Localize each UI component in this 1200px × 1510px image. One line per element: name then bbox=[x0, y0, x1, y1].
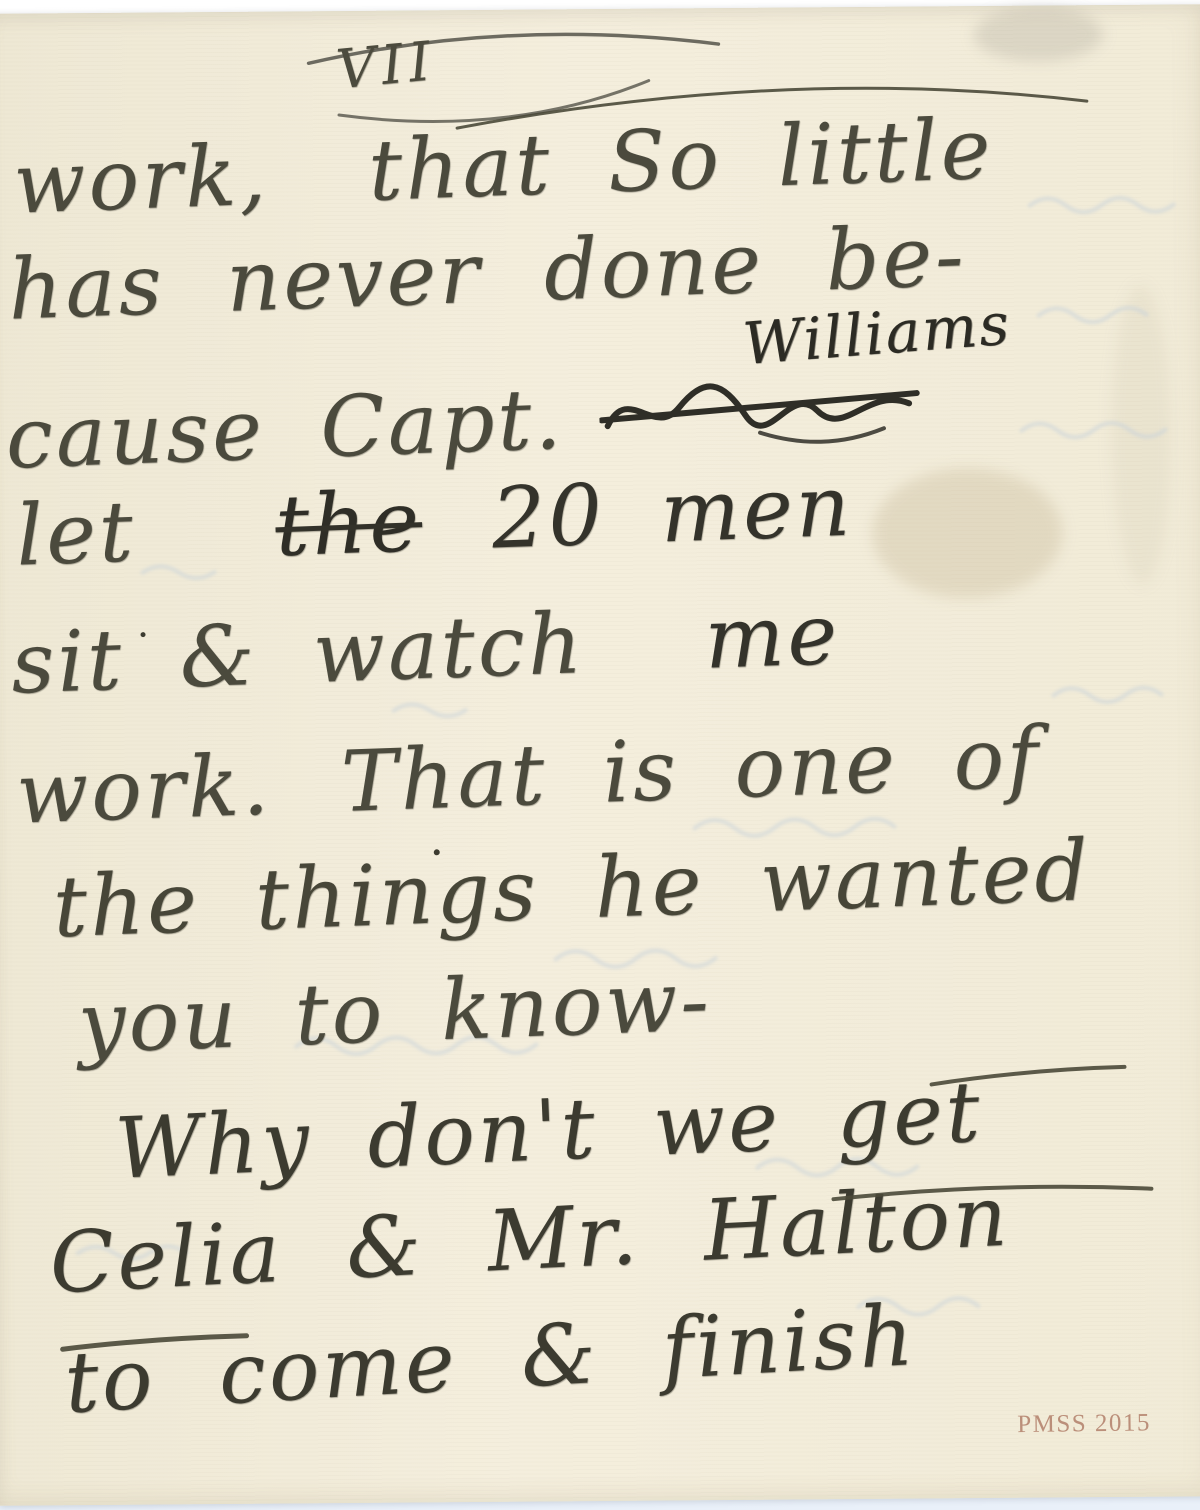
handwriting-text: me bbox=[703, 590, 841, 683]
handwriting-line: sit & watchme bbox=[10, 590, 842, 708]
handwriting-text: work. bbox=[15, 740, 273, 837]
handwriting-text: the things he wanted bbox=[52, 826, 1093, 951]
handwriting-text: work, bbox=[12, 131, 270, 228]
handwriting-line: to come & finish bbox=[62, 1291, 918, 1427]
handwriting-text: that So little bbox=[367, 105, 995, 215]
handwriting-text: let bbox=[15, 487, 137, 579]
handwriting-text: sit & watch bbox=[10, 599, 587, 708]
handwriting-text: to come & finish bbox=[62, 1291, 918, 1427]
scan-background: VII work,that So little has never done b… bbox=[0, 0, 1200, 1510]
struck-word: the bbox=[274, 477, 424, 570]
handwriting-line: work.That is one of bbox=[15, 713, 1043, 838]
handwriting-line: you to know- bbox=[77, 956, 713, 1067]
watermark: PMSS 2015 bbox=[1017, 1408, 1151, 1440]
handwriting-text: you to know- bbox=[77, 956, 713, 1067]
page-number: VII bbox=[334, 34, 438, 97]
paper-stain bbox=[872, 467, 1063, 598]
crossed-out-name-scribble bbox=[598, 357, 932, 476]
handwriting-line: the things he wanted bbox=[52, 826, 1093, 951]
paper-stain bbox=[1110, 285, 1172, 585]
handwriting-text: That is one of bbox=[340, 713, 1043, 826]
paper-stain bbox=[973, 7, 1103, 62]
handwriting-line: work,that So little bbox=[12, 105, 995, 228]
letter-paper: VII work,that So little has never done b… bbox=[0, 4, 1200, 1506]
handwriting-text: 20 men bbox=[490, 462, 854, 563]
handwriting-text: cause Capt. bbox=[4, 375, 565, 483]
